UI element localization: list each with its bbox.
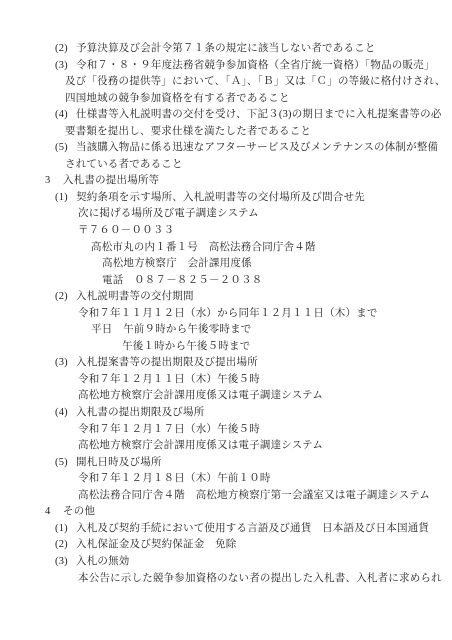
doc-line: (1)契約条項を示す場所、入札説明書等の交付場所及び問合せ先 xyxy=(0,190,452,207)
line-text: 令和７年１２月１８日（木）午前１０時 xyxy=(78,473,271,484)
line-text: 令和７年１２月１１日（木）午後５時 xyxy=(78,374,260,385)
line-text: 入札提案書等の提出期限及び提出場所 xyxy=(76,357,258,368)
doc-line: 令和７年１２月１８日（木）午前１０時 xyxy=(0,471,452,488)
item-marker: (5) xyxy=(55,455,76,472)
item-marker: (2) xyxy=(55,289,76,306)
doc-line: (4)入札書の提出期限及び場所 xyxy=(0,405,452,422)
line-text: 高松法務合同庁舎４階 高松地方検察庁第一会議室又は電子調達システム xyxy=(78,490,430,501)
document-page: (2)予算決算及び会計令第７１条の規定に該当しない者であること (3)令和７・８… xyxy=(0,0,452,640)
line-text: 午後１時から午後５時まで xyxy=(122,341,250,352)
line-text: 令和７年１１月１２日（水）から同年１２月１１日（木）まで xyxy=(78,308,378,319)
doc-line: (5)開札日時及び場所 xyxy=(0,455,452,472)
section-number: 3 xyxy=(45,173,63,190)
doc-line: 次に掲げる場所及び電子調達システム xyxy=(0,206,452,223)
line-text: 契約条項を示す場所、入札説明書等の交付場所及び問合せ先 xyxy=(76,192,365,203)
item-marker: (3) xyxy=(55,554,76,571)
section-title: その他 xyxy=(63,506,95,517)
doc-line: 高松地方検察庁会計課用度係又は電子調達システム xyxy=(0,388,452,405)
section-number: 4 xyxy=(45,504,63,521)
doc-section-heading: 3入札書の提出場所等 xyxy=(0,173,452,190)
line-text: 入札及び契約手続において使用する言語及び通貨 日本語及び日本国通貨 xyxy=(76,523,429,534)
doc-line: 午後１時から午後５時まで xyxy=(0,339,452,356)
doc-line: (5)当該購入物品に係る迅速なアフターサービス及びメンテナンスの体制が整備 xyxy=(0,140,452,157)
item-marker: (2) xyxy=(55,41,76,58)
line-text: 高松地方検察庁 会計課用度係 xyxy=(102,258,252,269)
item-marker: (5) xyxy=(55,140,76,157)
line-text: 入札説明書等の交付期間 xyxy=(76,291,194,302)
doc-line: 令和７年１２月１１日（木）午後５時 xyxy=(0,372,452,389)
line-text: 予算決算及び会計令第７１条の規定に該当しない者であること xyxy=(76,43,376,54)
postal-code-line: 〒７６０－００３３ xyxy=(0,223,452,240)
doc-line: 高松地方検察庁会計課用度係又は電子調達システム xyxy=(0,438,452,455)
phone-line: 電話 ０８７－８２５－２０３８ xyxy=(0,273,452,290)
line-text: 〒７６０－００３３ xyxy=(78,225,174,236)
doc-line: 本公告に示した競争参加資格のない者の提出した入札書、入札者に求められ xyxy=(0,571,452,588)
section-title: 入札書の提出場所等 xyxy=(63,175,159,186)
line-text: 要書類を提出し、要求仕様を満たした者であること xyxy=(65,126,311,137)
line-text: されている者であること xyxy=(65,159,183,170)
doc-line: 令和７年１２月１７日（水）午後５時 xyxy=(0,422,452,439)
doc-line: されている者であること xyxy=(0,157,452,174)
line-text: 令和７年１２月１７日（水）午後５時 xyxy=(78,424,260,435)
line-text: 四国地域の競争参加資格を有する者であること xyxy=(65,93,290,104)
bid-announcement-body: (2)予算決算及び会計令第７１条の規定に該当しない者であること (3)令和７・８… xyxy=(0,41,452,587)
item-marker: (1) xyxy=(55,521,76,538)
line-text: 当該購入物品に係る迅速なアフターサービス及びメンテナンスの体制が整備 xyxy=(76,142,438,153)
doc-line: 平日 午前９時から午後零時まで xyxy=(0,322,452,339)
item-marker: (4) xyxy=(55,405,76,422)
line-text: 平日 午前９時から午後零時まで xyxy=(91,324,252,335)
line-text: 入札書の提出期限及び場所 xyxy=(76,407,204,418)
line-text: 本公告に示した競争参加資格のない者の提出した入札書、入札者に求められ xyxy=(78,573,442,584)
line-text: 入札保証金及び契約保証金 免除 xyxy=(76,539,237,550)
doc-line: (2)入札説明書等の交付期間 xyxy=(0,289,452,306)
doc-line: (3)入札提案書等の提出期限及び提出場所 xyxy=(0,355,452,372)
line-text: 令和７・８・９年度法務省競争参加資格（全省庁統一資格）「物品の販売」 xyxy=(76,60,435,71)
doc-line: 要書類を提出し、要求仕様を満たした者であること xyxy=(0,124,452,141)
doc-line: (4)仕様書等入札説明書の交付を受け、下記３(3)の期日までに入札提案書等の必 xyxy=(0,107,452,124)
doc-line: 高松法務合同庁舎４階 高松地方検察庁第一会議室又は電子調達システム xyxy=(0,488,452,505)
doc-line: (1)入札及び契約手続において使用する言語及び通貨 日本語及び日本国通貨 xyxy=(0,521,452,538)
line-text: 及び「役務の提供等」において、「Ａ」、「Ｂ」又は「Ｃ」の等級に格付けされ、 xyxy=(65,76,446,87)
address-line: 高松市丸の内１番１号 高松法務合同庁舎４階 xyxy=(0,240,452,257)
item-marker: (4) xyxy=(55,107,76,124)
item-marker: (3) xyxy=(55,355,76,372)
line-text: 高松市丸の内１番１号 高松法務合同庁舎４階 xyxy=(91,242,316,253)
doc-line: (2)予算決算及び会計令第７１条の規定に該当しない者であること xyxy=(0,41,452,58)
doc-line: (2)入札保証金及び契約保証金 免除 xyxy=(0,537,452,554)
line-text: 入札の無効 xyxy=(76,556,130,567)
item-marker: (3) xyxy=(55,58,76,75)
doc-line: (3)入札の無効 xyxy=(0,554,452,571)
item-marker: (2) xyxy=(55,537,76,554)
line-text: 電話 ０８７－８２５－２０３８ xyxy=(102,275,263,286)
doc-section-heading: 4その他 xyxy=(0,504,452,521)
doc-line: 令和７年１１月１２日（水）から同年１２月１１日（木）まで xyxy=(0,306,452,323)
doc-line: 及び「役務の提供等」において、「Ａ」、「Ｂ」又は「Ｃ」の等級に格付けされ、 xyxy=(0,74,452,91)
doc-line: 四国地域の競争参加資格を有する者であること xyxy=(0,91,452,108)
line-text: 高松地方検察庁会計課用度係又は電子調達システム xyxy=(78,440,323,451)
line-text: 開札日時及び場所 xyxy=(76,457,162,468)
doc-line: (3)令和７・８・９年度法務省競争参加資格（全省庁統一資格）「物品の販売」 xyxy=(0,58,452,75)
line-text: 高松地方検察庁会計課用度係又は電子調達システム xyxy=(78,390,323,401)
line-text: 次に掲げる場所及び電子調達システム xyxy=(78,208,259,219)
line-text: 仕様書等入札説明書の交付を受け、下記３(3)の期日までに入札提案書等の必 xyxy=(76,109,442,120)
office-line: 高松地方検察庁 会計課用度係 xyxy=(0,256,452,273)
item-marker: (1) xyxy=(55,190,76,207)
